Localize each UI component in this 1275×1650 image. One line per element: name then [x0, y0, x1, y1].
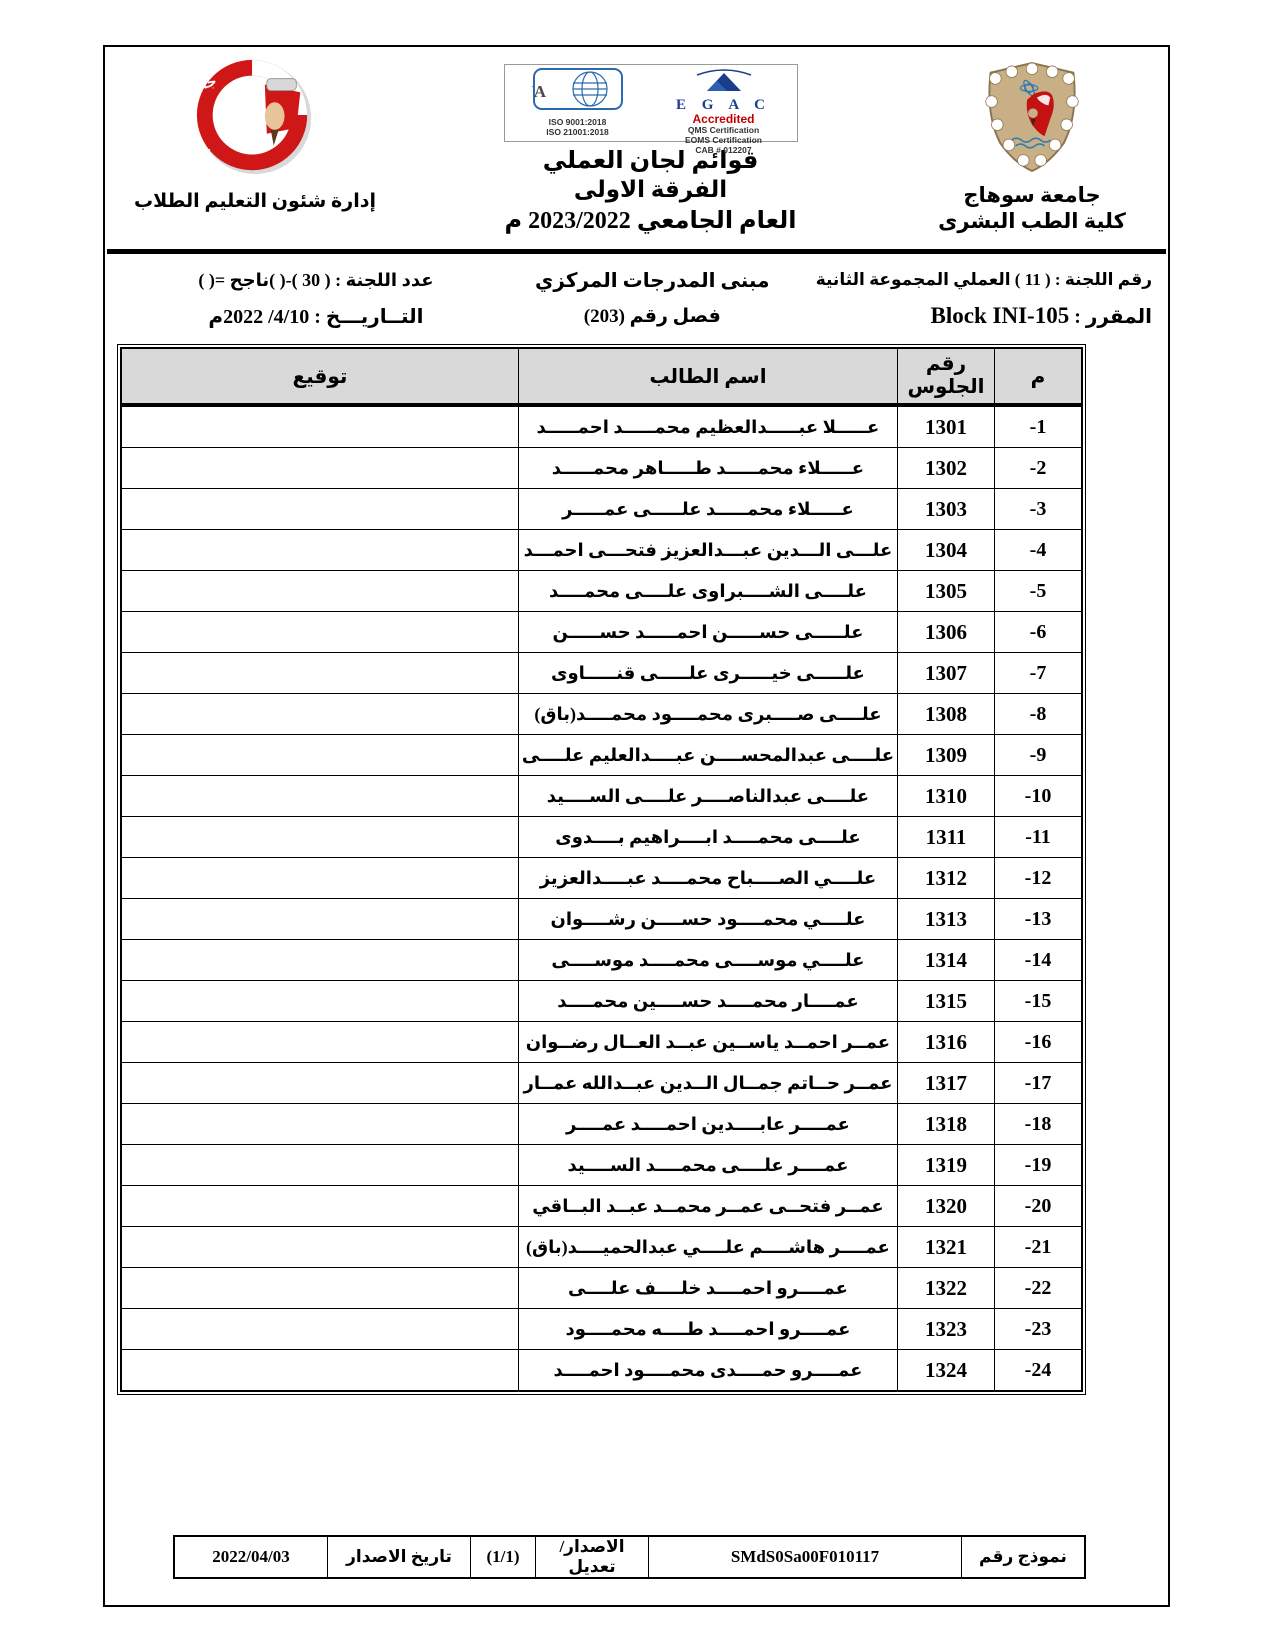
row-number: -18 [995, 1104, 1083, 1145]
table-row: -5 1305 علــــى الشــــبراوى علــــى محم… [121, 571, 1082, 612]
student-name: عمــر احمــد ياســين عبــد العــال رضــو… [518, 1022, 897, 1063]
table-row: -12 1312 علــــي الصــــباح محمــــد عبـ… [121, 858, 1082, 899]
row-number: -17 [995, 1063, 1083, 1104]
table-row: -3 1303 عـــــلاء محمـــــد علـــــى عمـ… [121, 489, 1082, 530]
student-name: علـــــى حســـــن احمـــــد حســـــن [518, 612, 897, 653]
seat-number: 1323 [898, 1309, 995, 1350]
form-number-code: SMdS0Sa00F010117 [649, 1536, 962, 1578]
table-row: -19 1319 عمــــر علــــى محمــــد الســـ… [121, 1145, 1082, 1186]
department-name: إدارة شئون التعليم الطلاب [105, 190, 405, 213]
signature-cell [121, 1104, 518, 1145]
row-number: -10 [995, 776, 1083, 817]
signature-cell [121, 1186, 518, 1227]
col-header-name: اسم الطالب [518, 348, 897, 405]
student-name: علــــي محمــــود حســــن رشــــوان [518, 899, 897, 940]
issue-date-value: 2022/04/03 [174, 1536, 328, 1578]
row-number: -6 [995, 612, 1083, 653]
form-number-label: نموذج رقم [962, 1536, 1086, 1578]
seat-number: 1321 [898, 1227, 995, 1268]
seat-number: 1310 [898, 776, 995, 817]
seat-number: 1304 [898, 530, 995, 571]
student-name: عمــــر عابــــدين احمــــد عمــــر [518, 1104, 897, 1145]
header-center: E G A C Accredited QMS Certification EOM… [405, 47, 896, 247]
col-header-signature: توقيع [121, 348, 518, 405]
student-name: علــــي الصــــباح محمــــد عبــــدالعزي… [518, 858, 897, 899]
row-number: -13 [995, 899, 1083, 940]
row-number: -19 [995, 1145, 1083, 1186]
exam-date: التــاريـــخ : 10‏/‏4‏/ 2022م [111, 304, 521, 329]
student-name: عمــــرو احمــــد خلــــف علــــى [518, 1268, 897, 1309]
seat-number: 1322 [898, 1268, 995, 1309]
seat-number: 1311 [898, 817, 995, 858]
svg-text:AJA: AJA [532, 82, 547, 101]
row-number: -4 [995, 530, 1083, 571]
seat-number: 1301 [898, 405, 995, 448]
signature-cell [121, 1145, 518, 1186]
doc-subtitle-grade: الفرقة الاولى [405, 177, 896, 203]
table-row: -22 1322 عمــــرو احمــــد خلــــف علـــ… [121, 1268, 1082, 1309]
table-header-row: م رقم الجلوس اسم الطالب توقيع [121, 348, 1082, 405]
signature-cell [121, 1227, 518, 1268]
committee-count: عدد اللجنة : ( 30 )-( )ناجح =( ) [111, 270, 521, 291]
document-page-frame: جامعة سوهاج كلية الطب البشرى E G A C Acc… [103, 45, 1170, 1607]
table-row: -10 1310 علــــى عبدالناصــــر علــــى ا… [121, 776, 1082, 817]
signature-cell [121, 981, 518, 1022]
signature-cell [121, 858, 518, 899]
university-shield-logo [979, 59, 1085, 175]
signature-cell [121, 817, 518, 858]
table-row: -23 1323 عمــــرو احمــــد طــــه محمـــ… [121, 1309, 1082, 1350]
table-row: -1 1301 عـــــلا عبـــــدالعظيم محمـــــ… [121, 405, 1082, 448]
university-block: جامعة سوهاج كلية الطب البشرى [896, 47, 1168, 247]
signature-cell [121, 612, 518, 653]
building-name: مبنى المدرجات المركزي [521, 268, 784, 293]
signature-cell [121, 1309, 518, 1350]
row-number: -21 [995, 1227, 1083, 1268]
signature-cell [121, 1268, 518, 1309]
row-number: -12 [995, 858, 1083, 899]
doc-subtitle-year: العام الجامعي 2023/2022 م [405, 206, 896, 235]
table-row: -6 1306 علـــــى حســـــن احمـــــد حســ… [121, 612, 1082, 653]
aja-globe-icon: AJA [532, 67, 624, 111]
signature-cell [121, 489, 518, 530]
seat-number: 1314 [898, 940, 995, 981]
signature-cell [121, 776, 518, 817]
col-header-seat: رقم الجلوس [898, 348, 995, 405]
table-row: -4 1304 علـــى الـــدين عبـــدالعزيز فتح… [121, 530, 1082, 571]
seat-number: 1312 [898, 858, 995, 899]
seat-number: 1303 [898, 489, 995, 530]
seat-number: 1319 [898, 1145, 995, 1186]
seat-number: 1317 [898, 1063, 995, 1104]
seat-number: 1315 [898, 981, 995, 1022]
student-name: عمــــرو حمــــدى محمــــود احمــــد [518, 1350, 897, 1392]
student-name: علــــى الشــــبراوى علــــى محمــــد [518, 571, 897, 612]
student-name: علــــى عبدالناصــــر علــــى الســــيد [518, 776, 897, 817]
table-row: -20 1320 عمــر فتحــى عمــر محمــد عبــد… [121, 1186, 1082, 1227]
seat-number: 1318 [898, 1104, 995, 1145]
table-row: -9 1309 علــــى عبدالمحســــن عبــــدالع… [121, 735, 1082, 776]
seat-number: 1320 [898, 1186, 995, 1227]
student-name: عمــــرو احمــــد طــــه محمــــود [518, 1309, 897, 1350]
row-number: -1 [995, 405, 1083, 448]
committee-info: رقم اللجنة : ( 11 ) العملي المجموعة الثا… [105, 254, 1168, 336]
signature-cell [121, 405, 518, 448]
signature-cell [121, 448, 518, 489]
table-row: -21 1321 عمــــر هاشــــم علــــي عبدالح… [121, 1227, 1082, 1268]
college-block: جامعة سوهاج كلية الطب إدارة شئون التعليم… [105, 47, 405, 247]
seat-number: 1306 [898, 612, 995, 653]
row-number: -24 [995, 1350, 1083, 1392]
version-value: (1/1) [471, 1536, 536, 1578]
course-label: المقرر : [1074, 306, 1152, 328]
row-number: -8 [995, 694, 1083, 735]
aja-logo: AJA ISO 9001:2018 ISO 21001:2018 [505, 65, 651, 141]
student-name: علــــى صــــبرى محمــــود محمــــد(باق) [518, 694, 897, 735]
table-row: -7 1307 علـــــى خيـــــرى علـــــى قنــ… [121, 653, 1082, 694]
certification-box: E G A C Accredited QMS Certification EOM… [504, 64, 798, 142]
row-number: -5 [995, 571, 1083, 612]
seat-number: 1316 [898, 1022, 995, 1063]
student-name: علــــى عبدالمحســــن عبــــدالعليم علــ… [518, 735, 897, 776]
signature-cell [121, 940, 518, 981]
signature-cell [121, 735, 518, 776]
issue-date-label: تاريخ الاصدار [328, 1536, 471, 1578]
row-number: -2 [995, 448, 1083, 489]
egac-logo: E G A C Accredited QMS Certification EOM… [651, 65, 797, 141]
issue-edit-label: الاصدار/تعديل [536, 1536, 649, 1578]
row-number: -20 [995, 1186, 1083, 1227]
committee-number: رقم اللجنة : ( 11 ) العملي المجموعة الثا… [784, 270, 1162, 290]
students-table-wrap: م رقم الجلوس اسم الطالب توقيع -1 1301 عـ… [117, 344, 1086, 1395]
table-row: -17 1317 عمــر حــاتم جمــال الــدين عبـ… [121, 1063, 1082, 1104]
signature-cell [121, 899, 518, 940]
table-row: -8 1308 علــــى صــــبرى محمــــود محمــ… [121, 694, 1082, 735]
student-name: عـــــلا عبـــــدالعظيم محمـــــد احمـــ… [518, 405, 897, 448]
student-name: علـــى الـــدين عبـــدالعزيز فتحـــى احم… [518, 530, 897, 571]
room-number: فصل رقم (203) [521, 305, 784, 328]
table-row: -11 1311 علــــى محمــــد ابــــراهيم بـ… [121, 817, 1082, 858]
table-row: -16 1316 عمــر احمــد ياســين عبــد العـ… [121, 1022, 1082, 1063]
seat-number: 1307 [898, 653, 995, 694]
col-header-number: م [995, 348, 1083, 405]
egac-mountain-icon [689, 67, 759, 93]
university-name: جامعة سوهاج [896, 182, 1168, 208]
signature-cell [121, 571, 518, 612]
student-name: عمــــر علــــى محمــــد الســــيد [518, 1145, 897, 1186]
signature-cell [121, 1063, 518, 1104]
table-row: -14 1314 علــــي موســــى محمــــد موســ… [121, 940, 1082, 981]
students-table: م رقم الجلوس اسم الطالب توقيع -1 1301 عـ… [120, 347, 1083, 1392]
seat-number: 1302 [898, 448, 995, 489]
signature-cell [121, 653, 518, 694]
table-row: -18 1318 عمــــر عابــــدين احمــــد عمـ… [121, 1104, 1082, 1145]
faculty-name: كلية الطب البشرى [896, 208, 1168, 234]
row-number: -11 [995, 817, 1083, 858]
row-number: -23 [995, 1309, 1083, 1350]
signature-cell [121, 694, 518, 735]
course-line: المقرر : Block INI-105 [784, 303, 1162, 329]
student-name: عـــــلاء محمـــــد علـــــى عمـــــر [518, 489, 897, 530]
row-number: -3 [995, 489, 1083, 530]
student-name: عمــــر هاشــــم علــــي عبدالحميــــد(ب… [518, 1227, 897, 1268]
seat-number: 1309 [898, 735, 995, 776]
student-name: علــــي موســــى محمــــد موســــى [518, 940, 897, 981]
seat-number: 1324 [898, 1350, 995, 1392]
row-number: -9 [995, 735, 1083, 776]
row-number: -16 [995, 1022, 1083, 1063]
footer-form-strip: نموذج رقم SMdS0Sa00F010117 الاصدار/تعديل… [173, 1535, 1086, 1579]
student-name: علـــــى خيـــــرى علـــــى قنـــــاوى [518, 653, 897, 694]
table-row: -13 1313 علــــي محمــــود حســــن رشـــ… [121, 899, 1082, 940]
row-number: -15 [995, 981, 1083, 1022]
course-code: Block INI-105 [931, 303, 1070, 328]
student-name: عمــــار محمــــد حســــين محمــــد [518, 981, 897, 1022]
student-name: عمــر حــاتم جمــال الــدين عبــدالله عم… [518, 1063, 897, 1104]
seat-number: 1313 [898, 899, 995, 940]
student-name: عمــر فتحــى عمــر محمــد عبــد البــاقي [518, 1186, 897, 1227]
signature-cell [121, 530, 518, 571]
seat-number: 1308 [898, 694, 995, 735]
header: جامعة سوهاج كلية الطب البشرى E G A C Acc… [105, 47, 1168, 247]
row-number: -14 [995, 940, 1083, 981]
student-name: علــــى محمــــد ابــــراهيم بــــدوى [518, 817, 897, 858]
signature-cell [121, 1350, 518, 1392]
seat-number: 1305 [898, 571, 995, 612]
table-row: -15 1315 عمــــار محمــــد حســــين محمـ… [121, 981, 1082, 1022]
signature-cell [121, 1022, 518, 1063]
college-crescent-logo: جامعة سوهاج كلية الطب [156, 55, 354, 183]
footer-row: نموذج رقم SMdS0Sa00F010117 الاصدار/تعديل… [174, 1536, 1085, 1578]
row-number: -22 [995, 1268, 1083, 1309]
table-row: -2 1302 عـــــلاء محمـــــد طـــــاهر مح… [121, 448, 1082, 489]
table-row: -24 1324 عمــــرو حمــــدى محمــــود احم… [121, 1350, 1082, 1392]
row-number: -7 [995, 653, 1083, 694]
student-name: عـــــلاء محمـــــد طـــــاهر محمـــــد [518, 448, 897, 489]
